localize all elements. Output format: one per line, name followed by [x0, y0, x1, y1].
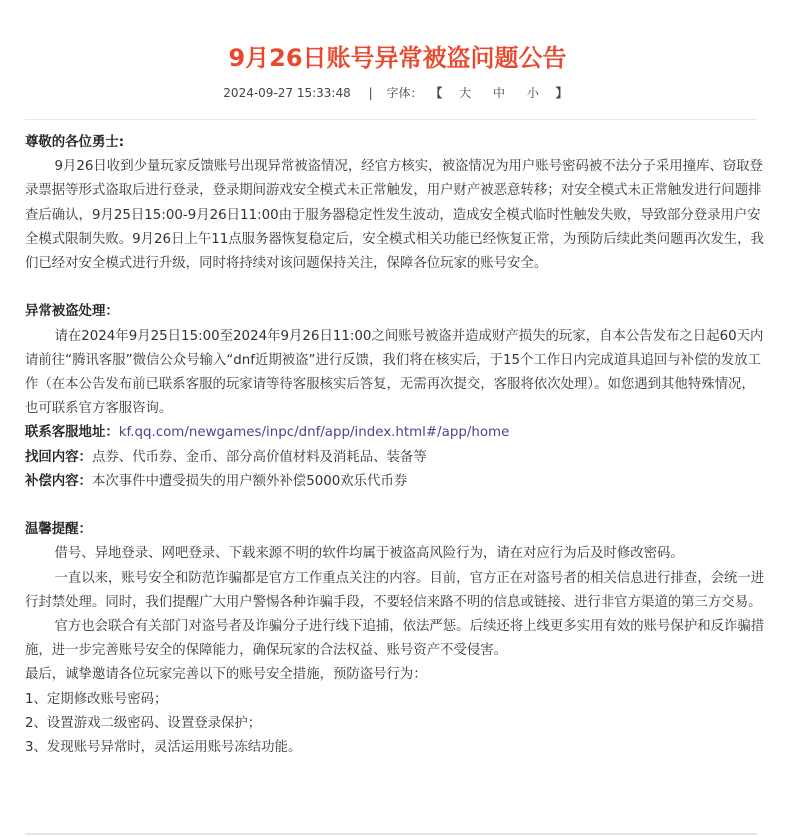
font-size-small-button[interactable]: 小 [527, 84, 539, 102]
compensate-label: 补偿内容： [25, 474, 92, 489]
measure-item: 3、发现账号异常时，灵活运用账号冻结功能。 [25, 736, 765, 760]
recover-row: 找回内容：点券、代币券、金币、部分高价值材料及消耗品、装备等 [25, 446, 765, 470]
font-size-large-button[interactable]: 大 [459, 84, 471, 102]
handling-heading: 异常被盗处理： [25, 300, 765, 324]
closing-text: 最后，诚挚邀请各位玩家完善以下的账号安全措施，预防盗号行为： [25, 663, 765, 687]
reminder-paragraph: 借号、异地登录、网吧登录、下载来源不明的软件均属于被盗高风险行为，请在对应行为后… [25, 542, 765, 566]
measure-item: 1、定期修改账号密码； [25, 688, 765, 712]
article-title: 9月26日账号异常被盗问题公告 [0, 40, 795, 76]
publish-datetime: 2024-09-27 15:33:48 [223, 84, 350, 102]
reminder-heading: 温馨提醒： [25, 518, 765, 542]
contact-label: 联系客服地址： [25, 425, 119, 440]
article-meta: 2024-09-27 15:33:48 | 字体： 【 大 中 小 】 [0, 84, 795, 102]
handling-paragraph: 请在2024年9月25日15:00至2024年9月26日11:00之间账号被盗并… [25, 325, 765, 422]
font-size-medium-button[interactable]: 中 [493, 84, 505, 102]
font-size-label: 字体： [386, 84, 422, 102]
spacer [25, 276, 765, 300]
greeting-heading: 尊敬的各位勇士: [25, 131, 765, 155]
footer-divider [25, 833, 757, 835]
meta-separator: | [369, 84, 373, 102]
bracket-open: 【 [430, 84, 442, 102]
reminder-paragraph: 官方也会联合有关部门对盗号者及诈骗分子进行线下追捕，依法严惩。后续还将上线更多实… [25, 615, 765, 663]
header-divider [25, 119, 757, 120]
recover-label: 找回内容： [25, 450, 92, 465]
article-body: 尊敬的各位勇士: 9月26日收到少量玩家反馈账号出现异常被盗情况，经官方核实，被… [25, 131, 765, 760]
compensate-value: 本次事件中遭受损失的用户额外补偿5000欢乐代币券 [92, 474, 407, 489]
recover-value: 点券、代币券、金币、部分高价值材料及消耗品、装备等 [92, 450, 427, 465]
spacer [25, 494, 765, 518]
customer-service-link[interactable]: kf.qq.com/newgames/inpc/dnf/app/index.ht… [119, 425, 510, 440]
measure-item: 2、设置游戏二级密码、设置登录保护； [25, 712, 765, 736]
compensate-row: 补偿内容：本次事件中遭受损失的用户额外补偿5000欢乐代币券 [25, 470, 765, 494]
greeting-paragraph: 9月26日收到少量玩家反馈账号出现异常被盗情况，经官方核实，被盗情况为用户账号密… [25, 155, 765, 276]
reminder-paragraph: 一直以来，账号安全和防范诈骗都是官方工作重点关注的内容。目前，官方正在对盗号者的… [25, 567, 765, 615]
contact-row: 联系客服地址：kf.qq.com/newgames/inpc/dnf/app/i… [25, 421, 765, 445]
bracket-close: 】 [556, 84, 568, 102]
